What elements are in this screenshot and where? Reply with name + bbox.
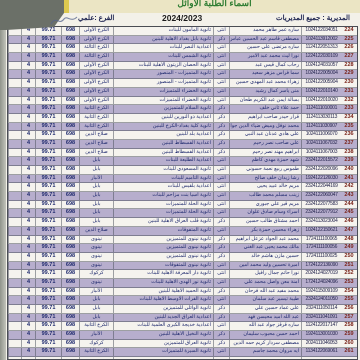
cell-dir: الأنبار — [79, 288, 113, 296]
cell-n: 258 — [341, 322, 357, 330]
cell-name: احمد حسن محبوب سليمان — [229, 331, 301, 339]
cell-id: 2324122077583 — [301, 201, 341, 209]
cell-g: انثى — [213, 183, 229, 191]
cell-four: 4 — [21, 288, 35, 296]
cell-dir: كركوك — [79, 340, 113, 348]
cell-id: 2324122015572 — [301, 157, 341, 165]
cell-school: ثانوية السلام للمتميزين — [113, 105, 213, 113]
cell-avg: 99.71 — [35, 36, 61, 44]
cell-g: انثى — [213, 88, 229, 96]
cell-four: 4 — [21, 236, 35, 244]
table-row: 2281024124031057رحاب كمال قيس عبدانثىثان… — [8, 62, 357, 71]
cell-id: 2324113023004 — [301, 218, 341, 226]
cell-g: ذكر — [213, 114, 229, 122]
cell-dir: بابل — [79, 314, 113, 322]
cell-id: 1124111010001 — [301, 105, 341, 113]
cell-blank — [8, 340, 21, 348]
cell-avg: 99.71 — [35, 183, 61, 191]
table-row: 2351124111030907محمد نوفل وميض ضياء الدي… — [8, 123, 357, 132]
table-row: 2301024122005904زهراء محمد عبد المهدي حس… — [8, 79, 357, 88]
cell-total: 698 — [61, 157, 79, 165]
cell-n: 233 — [341, 105, 357, 113]
cell-dir: الكرخ الثانية — [79, 348, 113, 356]
cell-id: 1924115009109 — [301, 288, 341, 296]
cell-total: 698 — [61, 114, 79, 122]
cell-avg: 99.71 — [35, 175, 61, 183]
cell-school: اعدادية الفسطاط للبنين — [113, 149, 213, 157]
cell-total: 698 — [61, 227, 79, 235]
cell-g: انثى — [213, 70, 229, 78]
cell-id: 2324122020096 — [301, 166, 341, 174]
cell-school: ثانوية قلب العراق الاهلية للبنين — [113, 218, 213, 226]
cell-school: ثانوية الخضراء للمتميزات — [113, 88, 213, 96]
cell-blank — [8, 157, 21, 165]
cell-school: اعدادية خديجة الكبرى العلمية للبنات — [113, 322, 213, 330]
cell-g: انثى — [213, 296, 229, 304]
cell-g: ذكر — [213, 105, 229, 113]
cell-name: نورا ليث محمد عبد الامير — [229, 53, 301, 61]
cell-blank — [8, 97, 21, 105]
cell-g: ذكر — [213, 36, 229, 44]
cell-avg: 99.71 — [35, 97, 61, 105]
cell-school: اعدادية ذو النورين للبنين — [113, 114, 213, 122]
cell-avg: 99.71 — [35, 262, 61, 270]
cell-school: ثانوية نينوى للمتميزين — [113, 236, 213, 244]
cell-avg: 99.71 — [35, 227, 61, 235]
cell-id: 1124111030907 — [301, 123, 341, 131]
cell-total: 698 — [61, 105, 79, 113]
cell-four: 4 — [21, 140, 35, 148]
cell-blank — [8, 209, 21, 217]
cell-n: 234 — [341, 114, 357, 122]
cell-avg: 99.71 — [35, 88, 61, 96]
cell-n: 225 — [341, 36, 357, 44]
cell-dir: نينوى — [79, 253, 113, 261]
cell-avg: 99.71 — [35, 314, 61, 322]
cell-name: احمد مشتاق طالب حسين — [229, 218, 301, 226]
cell-four: 4 — [21, 192, 35, 200]
cell-school: ثانوية السيرة للمتميزات — [113, 348, 213, 356]
cell-total: 698 — [61, 62, 79, 70]
cell-four: 4 — [21, 88, 35, 96]
cell-four: 4 — [21, 270, 35, 278]
cell-id: 1024111067003 — [301, 149, 341, 157]
cell-total: 698 — [61, 27, 79, 35]
cell-n: 239 — [341, 157, 357, 165]
cell-blank — [8, 322, 21, 330]
cell-avg: 99.71 — [35, 201, 61, 209]
table-row: 2611134122069061آيه مروان محمد جاسمانثىث… — [8, 348, 357, 357]
table-row: 2331124111010001حمد علاء ثاني خلفذكرثانو… — [8, 105, 357, 114]
cell-g: انثى — [213, 348, 229, 356]
cell-school: ثانوية كلية بغداد-الكرخ للبنين — [113, 123, 213, 131]
scanned-results-page: { "page": { "title": "أسماء الطلبة الأوا… — [0, 0, 360, 360]
cell-blank — [8, 62, 21, 70]
table-row: 2541924115009109محمد مفيد عبد الله فرحان… — [8, 288, 357, 297]
cell-total: 698 — [61, 218, 79, 226]
cell-avg: 99.71 — [35, 348, 61, 356]
table-row: 2591924113001030احمد حسن محبوب سليمانذكر… — [8, 331, 357, 340]
cell-name: علي هادي عدنان عبد النبي — [229, 131, 301, 139]
cell-g: انثى — [213, 262, 229, 270]
cell-blank — [8, 288, 21, 296]
cell-n: 257 — [341, 314, 357, 322]
cell-dir: الكرخ الثانية — [79, 114, 113, 122]
cell-total: 698 — [61, 288, 79, 296]
cell-name: زهراء محمد عبد المهدي حسين — [229, 79, 301, 87]
cell-school: اعدادية العراق الجديد للبنين — [113, 314, 213, 322]
table-row: 2422324122044169مريم خالد عبيد يحيىانثىا… — [8, 183, 357, 192]
cell-g: انثى — [213, 53, 229, 61]
cell-name: حسين مازن هاشم خالد — [229, 253, 301, 261]
cell-dir: بابل — [79, 218, 113, 226]
cell-dir: الكرخ الثالثة — [79, 53, 113, 61]
cell-n: 261 — [341, 348, 357, 356]
cell-total: 698 — [61, 183, 79, 191]
cell-blank — [8, 88, 21, 96]
cell-n: 251 — [341, 262, 357, 270]
pen-scribble-mark — [49, 13, 79, 28]
cell-total: 698 — [61, 97, 79, 105]
cell-dir: الكرخ الثانية — [79, 123, 113, 131]
table-row: 2251024113912002مصطفى قاسم عبد الحسين عب… — [8, 36, 357, 45]
cell-dir: صلاح الدين — [79, 149, 113, 157]
cell-avg: 99.71 — [35, 236, 61, 244]
cell-four: 4 — [21, 218, 35, 226]
cell-dir: بابل — [79, 209, 113, 217]
cell-avg: 99.71 — [35, 140, 61, 148]
cell-four: 4 — [21, 131, 35, 139]
cell-four: 4 — [21, 79, 35, 87]
results-table: 2241024122034051ساره عمر طاهر محمدانثىثا… — [7, 26, 358, 360]
cell-total: 698 — [61, 201, 79, 209]
cell-avg: 99.71 — [35, 253, 61, 261]
cell-four: 4 — [21, 322, 35, 330]
cell-total: 698 — [61, 192, 79, 200]
cell-id: 2324122077912 — [301, 209, 341, 217]
cell-n: 237 — [341, 140, 357, 148]
cell-four: 4 — [21, 36, 35, 44]
cell-blank — [8, 44, 21, 52]
cell-name: قرار حيدر صاحب ابراهيم — [229, 114, 301, 122]
cell-id: 1124113030113 — [301, 114, 341, 122]
cell-school: ثانوية العراق للمتميزين — [113, 340, 213, 348]
cell-n: 229 — [341, 70, 357, 78]
cell-id: 2024111046053 — [301, 340, 341, 348]
table-row: 2392324122015572شهد حمزة مهدي كاظمانثىاع… — [8, 157, 357, 166]
cell-dir: الكرخ الأولى — [79, 70, 113, 78]
cell-total: 698 — [61, 175, 79, 183]
cell-total: 698 — [61, 348, 79, 356]
cell-school: ثانوية نينوى للمتفوقات — [113, 262, 213, 270]
cell-dir: الكرخ الأولى — [79, 88, 113, 96]
cell-avg: 99.71 — [35, 244, 61, 252]
cell-n: 259 — [341, 331, 357, 339]
cell-n: 253 — [341, 279, 357, 287]
cell-total: 698 — [61, 244, 79, 252]
directorate-label: المديرية : جميع المديريات — [276, 14, 350, 22]
cell-avg: 99.71 — [35, 149, 61, 157]
cell-n: 240 — [341, 166, 357, 174]
cell-n: 248 — [341, 236, 357, 244]
cell-blank — [8, 331, 21, 339]
table-row: 2442324122077583مريم قير علي جبوريانثىثا… — [8, 201, 357, 210]
cell-total: 698 — [61, 270, 79, 278]
cell-dir: الكرخ الثالثة — [79, 44, 113, 52]
cell-blank — [8, 149, 21, 157]
cell-g: ذكر — [213, 305, 229, 313]
cell-school: ثانوية نينوى للمتميزين — [113, 253, 213, 261]
table-row: 2581124122017147ساره قرقز جواد عبد اللها… — [8, 322, 357, 331]
cell-avg: 99.71 — [35, 27, 61, 35]
cell-four: 4 — [21, 70, 35, 78]
cell-id: 1024111006070 — [301, 131, 341, 139]
cell-id: 2024124027019 — [301, 270, 341, 278]
cell-g: ذكر — [213, 288, 229, 296]
table-row: 2491724111100056مالك محمد يحيى عبد الغني… — [8, 244, 357, 253]
cell-school: ثانوية الحلة للمتميزات — [113, 201, 213, 209]
cell-id: 1224122030109 — [301, 53, 341, 61]
cell-name: حمد علاء ثاني خلف — [229, 105, 301, 113]
cell-id: 1924122126030 — [301, 175, 341, 183]
cell-blank — [8, 175, 21, 183]
cell-four: 4 — [21, 331, 35, 339]
table-row: 2481724111100065محمد عبد الجواد عزعل ابر… — [8, 236, 357, 245]
cell-name: طيبة تيسير عبد سلمان — [229, 296, 301, 304]
cell-name: زينب مسلم محمد طالب — [229, 192, 301, 200]
cell-four: 4 — [21, 279, 35, 287]
table-row: 2241024122034051ساره عمر طاهر محمدانثىثا… — [8, 27, 357, 36]
cell-g: ذكر — [213, 244, 229, 252]
cell-avg: 99.71 — [35, 331, 61, 339]
cell-four: 4 — [21, 44, 35, 52]
cell-n: 260 — [341, 340, 357, 348]
cell-id: 2324124011050 — [301, 296, 341, 304]
cell-g: ذكر — [213, 236, 229, 244]
cell-n: 224 — [341, 27, 357, 35]
cell-blank — [8, 262, 21, 270]
cell-name: مريم خالد عبيد يحيى — [229, 183, 301, 191]
branch-label: الفرع :علمي — [78, 14, 114, 22]
cell-g: ذكر — [213, 253, 229, 261]
cell-blank — [8, 166, 21, 174]
cell-id: 1724111100025 — [301, 253, 341, 261]
table-row: 2261124122051313ساره مرتضى علي حسينانثىا… — [8, 44, 357, 53]
cell-name: سما فراس مزهر سعيد — [229, 70, 301, 78]
cell-n: 244 — [341, 201, 357, 209]
cell-school: ثانوية المتفوقات — [113, 227, 213, 235]
cell-avg: 99.71 — [35, 218, 61, 226]
cell-avg: 99.71 — [35, 270, 61, 278]
cell-school: اعدادية بلقيس للبنات — [113, 183, 213, 191]
cell-id: 2324111041091 — [301, 314, 341, 322]
cell-dir: نينوى — [79, 262, 113, 270]
cell-blank — [8, 236, 21, 244]
cell-dir: بابل — [79, 201, 113, 209]
cell-blank — [8, 296, 21, 304]
cell-four: 4 — [21, 227, 35, 235]
cell-dir: بابل — [79, 157, 113, 165]
table-row: 2432324122060047زينب مسلم محمد طالبانثىث… — [8, 192, 357, 201]
cell-blank — [8, 79, 21, 87]
cell-id: 1024122005904 — [301, 79, 341, 87]
cell-avg: 99.71 — [35, 279, 61, 287]
page-title: أسماء الطلبة الأوائل — [177, 0, 251, 8]
cell-blank — [8, 305, 21, 313]
cell-id: 2324111050114 — [301, 305, 341, 313]
cell-school: ثانوية الشمس للبنات — [113, 53, 213, 61]
cell-name: محمد نوفل وميض ضياء الدين جواد — [229, 123, 301, 131]
cell-name: محمد عبد الجواد عزعل ابراهيم — [229, 236, 301, 244]
table-row: 2522024124027019نورا حاتم جمال رافيلانثى… — [8, 270, 357, 279]
cell-school: ثانوية دار المعرفة الاهلية للبنات — [113, 270, 213, 278]
cell-blank — [8, 314, 21, 322]
cell-id: 1024122010140 — [301, 88, 341, 96]
cell-avg: 99.71 — [35, 79, 61, 87]
cell-dir: بابل — [79, 192, 113, 200]
cell-total: 698 — [61, 305, 79, 313]
cell-school: ثانوية النخيل الاهلية للبنين — [113, 331, 213, 339]
results-table-body: 2241024122034051ساره عمر طاهر محمدانثىثا… — [8, 27, 357, 360]
cell-n: 235 — [341, 123, 357, 131]
cell-g: انثى — [213, 175, 229, 183]
cell-total: 698 — [61, 331, 79, 339]
cell-blank — [8, 53, 21, 61]
cell-name: طموس ربيع نعمة حسوني — [229, 166, 301, 174]
cell-id: 2324122060047 — [301, 192, 341, 200]
cell-g: انثى — [213, 79, 229, 87]
cell-avg: 99.71 — [35, 288, 61, 296]
cell-four: 4 — [21, 340, 35, 348]
cell-name: عبد الله اميد محيسن فهد — [229, 314, 301, 322]
cell-dir: الكرخ الأولى — [79, 36, 113, 44]
cell-school: اعدادية الطليعة للبنات — [113, 157, 213, 165]
cell-avg: 99.71 — [35, 209, 61, 217]
paper-left-edge — [0, 29, 6, 360]
cell-school: ثانوية المأمون للبنات — [113, 27, 213, 35]
cell-dir: بابل — [79, 305, 113, 313]
cell-id: 1024122005004 — [301, 70, 341, 78]
table-row: 2462324113023004احمد مشتاق طالب حسينذكرث… — [8, 218, 357, 227]
cell-id: 1024122150621 — [301, 227, 341, 235]
cell-four: 4 — [21, 175, 35, 183]
cell-school: ثانوية المتميزات - المنصور — [113, 79, 213, 87]
table-row: 2602024111046053مصطفى سردار كريم حمه الد… — [8, 340, 357, 349]
cell-blank — [8, 192, 21, 200]
cell-total: 698 — [61, 166, 79, 174]
cell-blank — [8, 279, 21, 287]
cell-name: نورا حاتم جمال رافيل — [229, 270, 301, 278]
cell-avg: 99.71 — [35, 62, 61, 70]
cell-four: 4 — [21, 183, 35, 191]
cell-blank — [8, 123, 21, 131]
table-row: 2511724122136090اميرة تحسين وليد محمد ام… — [8, 262, 357, 271]
cell-total: 698 — [61, 70, 79, 78]
cell-total: 698 — [61, 123, 79, 131]
cell-dir: الكرخ الثانية — [79, 105, 113, 113]
cell-g: ذكر — [213, 314, 229, 322]
cell-n: 250 — [341, 253, 357, 261]
cell-four: 4 — [21, 296, 35, 304]
cell-avg: 99.71 — [35, 44, 61, 52]
cell-name: شهد حمزة مهدي كاظم — [229, 157, 301, 165]
cell-dir: نينوى — [79, 236, 113, 244]
cell-name: اسراء وسام صادق علوان — [229, 209, 301, 217]
cell-total: 698 — [61, 79, 79, 87]
cell-name: علي عماد حسين علي — [229, 305, 301, 313]
cell-id: 1024124031057 — [301, 62, 341, 70]
table-row: 2271224122030109نورا ليث محمد عبد الامير… — [8, 53, 357, 62]
cell-four: 4 — [21, 262, 35, 270]
cell-avg: 99.71 — [35, 322, 61, 330]
cell-four: 4 — [21, 105, 35, 113]
cell-name: اميرة تحسين وليد محمد امين — [229, 262, 301, 270]
cell-n: 247 — [341, 227, 357, 235]
cell-g: انثى — [213, 97, 229, 105]
cell-four: 4 — [21, 157, 35, 165]
cell-name: ابراهيم مهند نصر رحيم — [229, 149, 301, 157]
cell-g: انثى — [213, 279, 229, 287]
cell-dir: الكرخ الأولى — [79, 79, 113, 87]
cell-dir: نينوى — [79, 244, 113, 252]
cell-id: 1024122010020 — [301, 97, 341, 105]
cell-avg: 99.71 — [35, 192, 61, 200]
cell-school: ثانوية المتميزات - المنصور — [113, 70, 213, 78]
cell-id: 1724111100065 — [301, 236, 341, 244]
cell-four: 4 — [21, 253, 35, 261]
cell-name: علي صاحب نصر رحيم — [229, 140, 301, 148]
cell-n: 256 — [341, 305, 357, 313]
cell-g: انثى — [213, 27, 229, 35]
cell-total: 698 — [61, 88, 79, 96]
cell-blank — [8, 201, 21, 209]
cell-school: ثانوية التأميم للبنات — [113, 175, 213, 183]
cell-name: ساره مرتضى علي حسين — [229, 44, 301, 52]
cell-dir: الكرخ الأولى — [79, 62, 113, 70]
cell-g: انثى — [213, 157, 229, 165]
cell-four: 4 — [21, 201, 35, 209]
table-row: 2531724124024096آمنة معن واصل محمد عليان… — [8, 279, 357, 288]
cell-n: 249 — [341, 244, 357, 252]
cell-n: 246 — [341, 218, 357, 226]
cell-school: ثانوية بابل بغداد الاهلية للبنين — [113, 36, 213, 44]
cell-blank — [8, 183, 21, 191]
cell-school: ثانوية نور الهدى الاهلية للبنات — [113, 279, 213, 287]
cell-total: 698 — [61, 53, 79, 61]
cell-avg: 99.71 — [35, 166, 61, 174]
cell-name: رحاب كمال قيس عبد — [229, 62, 301, 70]
cell-name: آمنة معن واصل محمد علي — [229, 279, 301, 287]
cell-school: ثانوية اسيا بنت مزاحم للبنات — [113, 192, 213, 200]
cell-name: مصطفى قاسم عبد الحسين عباس — [229, 36, 301, 44]
cell-dir: نينوى — [79, 279, 113, 287]
cell-n: 243 — [341, 192, 357, 200]
cell-dir: صلاح الدين — [79, 140, 113, 148]
table-row: 2321024122010020بسالة ايمن عبد الكريم طح… — [8, 97, 357, 106]
cell-n: 242 — [341, 183, 357, 191]
cell-id: 1024111067032 — [301, 140, 341, 148]
cell-n: 254 — [341, 288, 357, 296]
cell-four: 4 — [21, 149, 35, 157]
cell-name: آيه مروان محمد جاسم — [229, 348, 301, 356]
cell-n: 236 — [341, 131, 357, 139]
cell-four: 4 — [21, 166, 35, 174]
cell-four: 4 — [21, 209, 35, 217]
cell-g: انثى — [213, 227, 229, 235]
table-row: 2291024122005004سما فراس مزهر سعيدانثىثا… — [8, 70, 357, 79]
table-row: 2562324111050114علي عماد حسين عليذكرثانو… — [8, 305, 357, 314]
cell-g: ذكر — [213, 331, 229, 339]
